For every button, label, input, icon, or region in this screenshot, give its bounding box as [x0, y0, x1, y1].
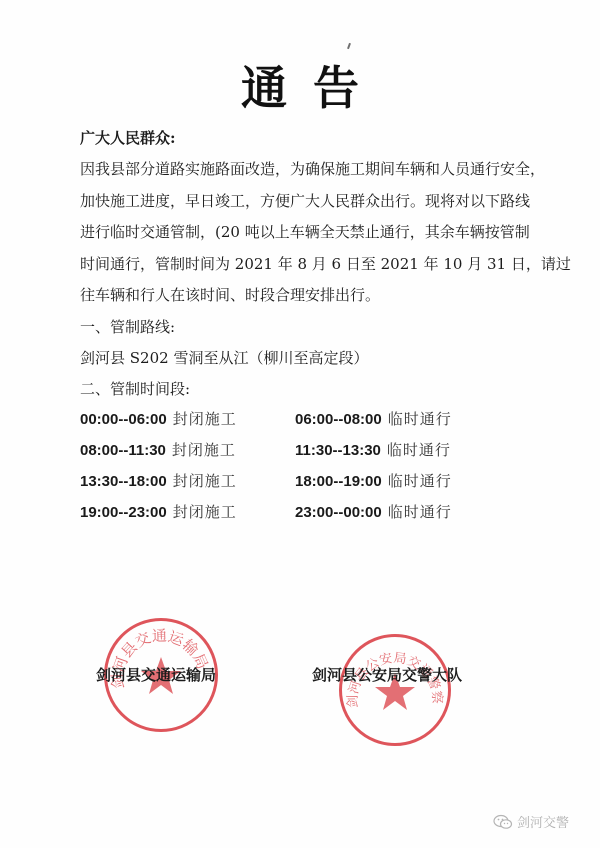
open-period: 18:00--19:00临时通行	[295, 470, 452, 493]
control-route: 剑河县 S202 雪洞至从江（柳川至高定段）	[80, 348, 368, 368]
closure-status: 封闭施工	[172, 441, 236, 459]
open-status: 临时通行	[388, 472, 452, 490]
paragraph-line: 因我县部分道路实施路面改造，为确保施工期间车辆和人员通行安全，	[80, 159, 545, 179]
seal-star-icon: 剑河县公安局交通警察大队	[342, 637, 448, 743]
closure-time: 19:00--23:00	[80, 504, 167, 521]
open-status: 临时通行	[388, 503, 452, 521]
open-period: 23:00--00:00临时通行	[295, 501, 452, 524]
open-time: 11:30--13:30	[295, 442, 381, 459]
wechat-watermark: 剑河交警	[493, 812, 569, 831]
schedule-row: 08:00--11:30封闭施工 11:30--13:30临时通行	[80, 439, 540, 461]
open-period: 06:00--08:00临时通行	[295, 408, 452, 431]
watermark-text: 剑河交警	[517, 812, 569, 831]
schedule-row: 19:00--23:00封闭施工 23:00--00:00临时通行	[80, 501, 540, 523]
closure-period: 19:00--23:00封闭施工	[80, 501, 237, 524]
open-status: 临时通行	[388, 410, 452, 428]
open-period: 11:30--13:30临时通行	[295, 439, 451, 462]
issuer-traffic-police-brigade: 剑河县公安局交警大队	[312, 664, 462, 685]
paragraph-line: 时间通行，管制时间为 2021 年 8 月 6 日至 2021 年 10 月 3…	[80, 254, 571, 274]
paragraph-line: 往车辆和行人在该时间、时段合理安排出行。	[80, 285, 380, 305]
scan-speck	[347, 43, 351, 49]
closure-period: 08:00--11:30封闭施工	[80, 439, 236, 462]
closure-status: 封闭施工	[173, 503, 237, 521]
open-time: 06:00--08:00	[295, 411, 382, 428]
issuer-transport-bureau: 剑河县交通运输局	[96, 664, 216, 685]
section-heading-route: 一、管制路线:	[80, 317, 175, 337]
paragraph-line: 进行临时交通管制，(20 吨以上车辆全天禁止通行，其余车辆按管制	[80, 222, 530, 242]
section-heading-schedule: 二、管制时间段:	[80, 379, 190, 399]
schedule-row: 00:00--06:00封闭施工 06:00--08:00临时通行	[80, 408, 540, 430]
open-time: 23:00--00:00	[295, 504, 382, 521]
open-status: 临时通行	[387, 441, 451, 459]
closure-time: 00:00--06:00	[80, 411, 167, 428]
official-seal-traffic-police: 剑河县公安局交通警察大队	[339, 634, 451, 746]
closure-time: 13:30--18:00	[80, 473, 167, 490]
closure-time: 08:00--11:30	[80, 442, 166, 459]
open-time: 18:00--19:00	[295, 473, 382, 490]
page-title: 通告	[0, 58, 600, 118]
paragraph-line: 加快施工进度，早日竣工，方便广大人民群众出行。现将对以下路线	[80, 191, 530, 211]
closure-status: 封闭施工	[173, 472, 237, 490]
schedule-row: 13:30--18:00封闭施工 18:00--19:00临时通行	[80, 470, 540, 492]
closure-status: 封闭施工	[173, 410, 237, 428]
greeting: 广大人民群众:	[80, 128, 176, 148]
closure-period: 00:00--06:00封闭施工	[80, 408, 237, 431]
closure-period: 13:30--18:00封闭施工	[80, 470, 237, 493]
wechat-icon	[493, 814, 513, 830]
notice-page: 通告 广大人民群众: 因我县部分道路实施路面改造，为确保施工期间车辆和人员通行安…	[0, 0, 600, 848]
